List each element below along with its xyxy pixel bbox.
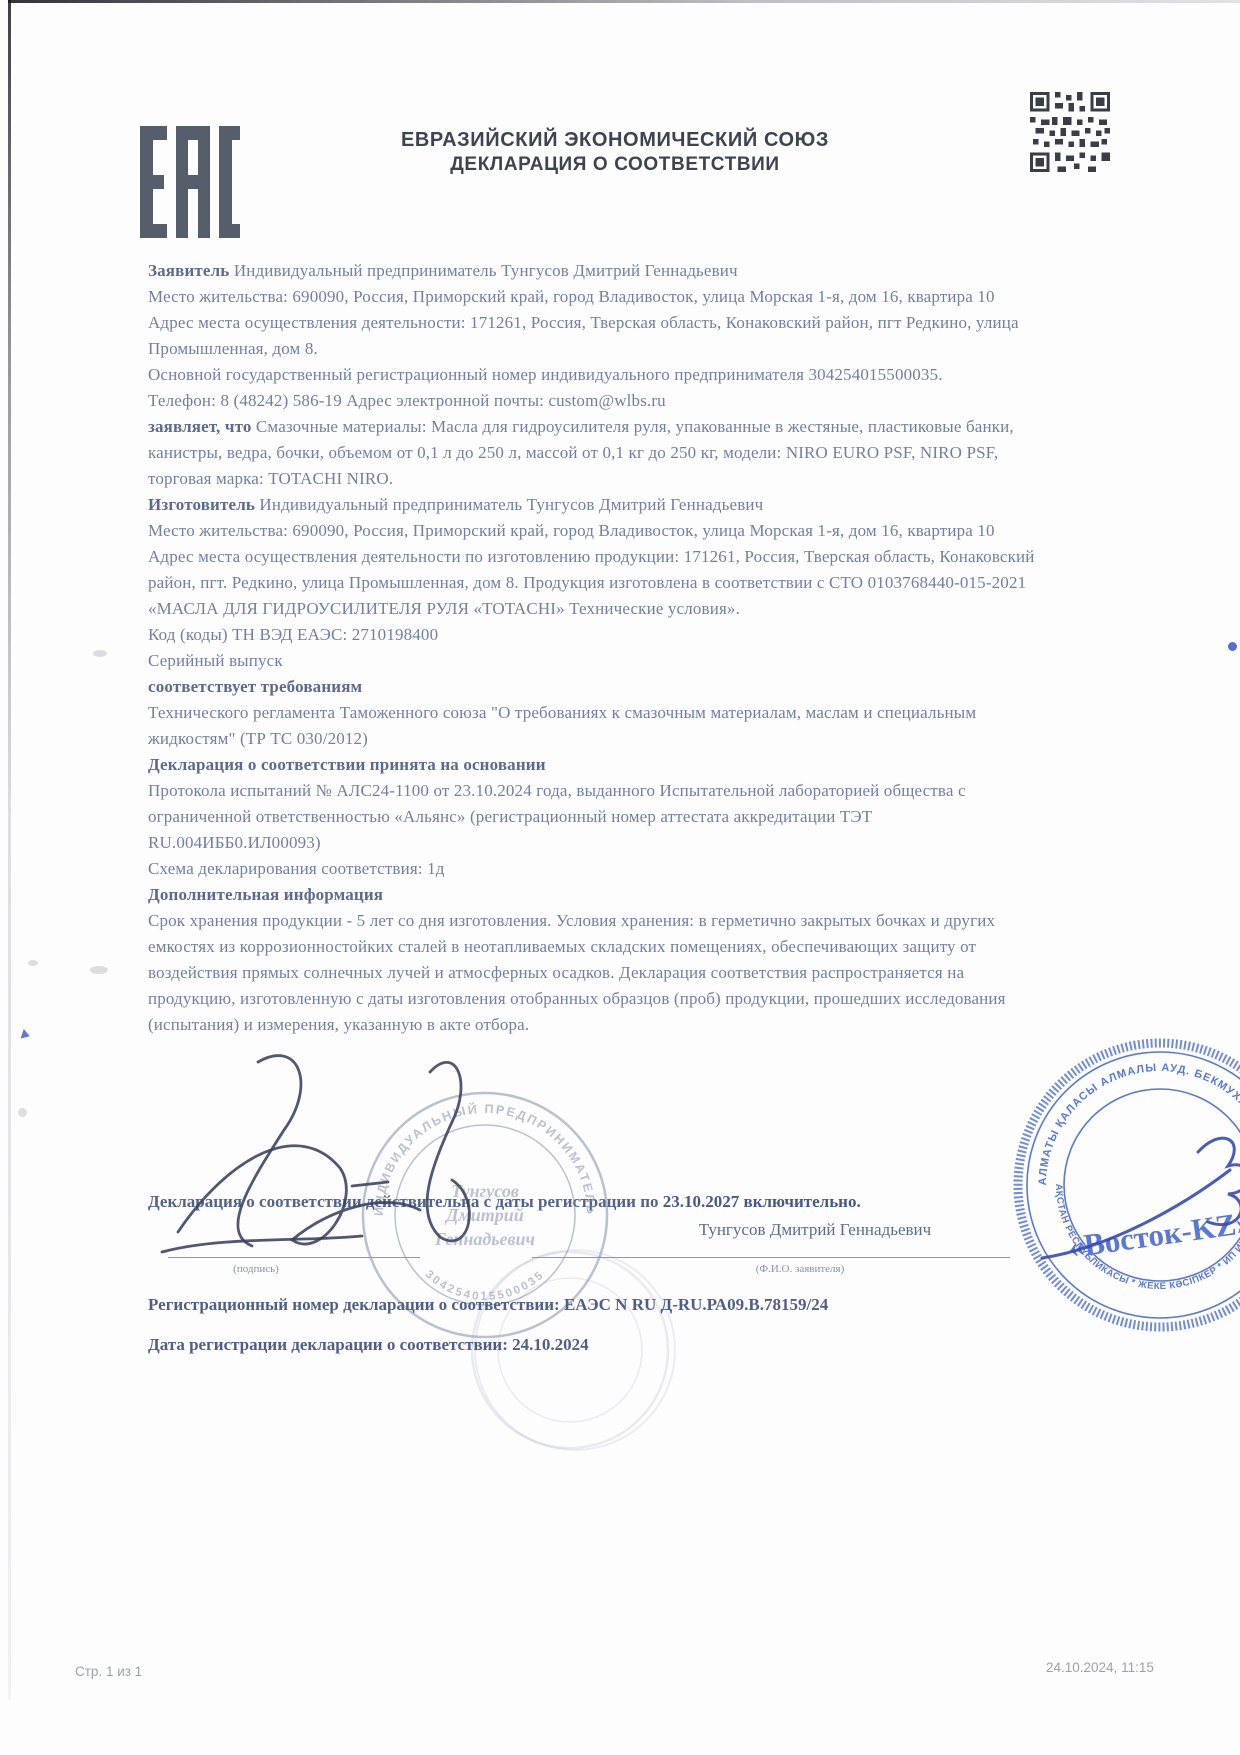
registration-date-label: Дата регистрации декларации о соответств… (148, 1335, 512, 1354)
field-text: Телефон: 8 (48242) 586-19 Адрес электрон… (148, 391, 666, 410)
stamp-center-name3: Геннадьевич (434, 1229, 535, 1249)
title-line1: ЕВРАЗИЙСКИЙ ЭКОНОМИЧЕСКИЙ СОЮЗ (290, 128, 940, 153)
field-text: Адрес места осуществления деятельности: … (148, 313, 1019, 358)
field-text: Схема декларирования соответствия: 1д (148, 859, 445, 878)
scan-smudge (90, 966, 108, 974)
field-text: Адрес места осуществления деятельности п… (148, 547, 1035, 618)
field-label: Декларация о соответствии принята на осн… (148, 755, 546, 774)
eac-logo-icon (140, 126, 240, 243)
field-text: Протокола испытаний № АЛС24-1100 от 23.1… (148, 781, 966, 852)
pen-mark-right (1228, 642, 1237, 651)
field-label: соответствует требованиям (148, 677, 362, 696)
registration-number-label: Регистрационный номер декларации о соотв… (148, 1295, 564, 1314)
field-text: Технического регламента Таможенного союз… (148, 703, 976, 748)
field-text: Код (коды) ТН ВЭД ЕАЭС: 2710198400 (148, 625, 438, 644)
vostok-stamp: АЛМАТЫ ҚАЛАСЫ АЛМАЛЫ АУД. БЕКМУХАМЕТОВА … (1010, 1035, 1240, 1335)
paragraph: Адрес места осуществления деятельности: … (148, 310, 1036, 362)
paragraph: Технического регламента Таможенного союз… (148, 700, 1036, 752)
paragraph: Код (коды) ТН ВЭД ЕАЭС: 2710198400 (148, 622, 1036, 648)
paragraph: заявляет, что Смазочные материалы: Масла… (148, 414, 1036, 492)
stamp-center-name1: Тунгусов (451, 1181, 519, 1201)
field-text: Место жительства: 690090, Россия, Примор… (148, 521, 995, 540)
registration-date-line: Дата регистрации декларации о соответств… (148, 1335, 589, 1355)
paragraph: Декларация о соответствии принята на осн… (148, 752, 1036, 778)
validity-date: 23.10.2027 включительно. (663, 1192, 861, 1211)
paragraph: Адрес места осуществления деятельности п… (148, 544, 1036, 622)
paragraph: Схема декларирования соответствия: 1д (148, 856, 1036, 882)
declaration-body: Заявитель Индивидуальный предприниматель… (148, 258, 1036, 1038)
registration-number-value: ЕАЭС N RU Д-RU.РА09.В.78159/24 (564, 1295, 828, 1314)
field-text: Индивидуальный предприниматель Тунгусов … (229, 261, 737, 280)
field-text: Место жительства: 690090, Россия, Примор… (148, 287, 995, 306)
field-text: Серийный выпуск (148, 651, 283, 670)
stamp-center-name2: Дмитрий (444, 1205, 524, 1225)
field-label: заявляет, что (148, 417, 252, 436)
paragraph: Серийный выпуск (148, 648, 1036, 674)
qr-code-icon (1030, 92, 1110, 172)
scanned-declaration-page: ЕВРАЗИЙСКИЙ ЭКОНОМИЧЕСКИЙ СОЮЗ ДЕКЛАРАЦИ… (0, 0, 1240, 1755)
document-title: ЕВРАЗИЙСКИЙ ЭКОНОМИЧЕСКИЙ СОЮЗ ДЕКЛАРАЦИ… (290, 128, 940, 177)
scan-smudge (93, 650, 107, 657)
scan-datetime: 24.10.2024, 11:15 (1046, 1660, 1154, 1675)
signature-caption: (подпись) (196, 1263, 316, 1275)
paragraph: Место жительства: 690090, Россия, Примор… (148, 518, 1036, 544)
scan-smudge (18, 1108, 27, 1117)
paragraph: Дополнительная информация (148, 882, 1036, 908)
page-number: Стр. 1 из 1 (75, 1664, 142, 1679)
paragraph: Протокола испытаний № АЛС24-1100 от 23.1… (148, 778, 1036, 856)
paragraph: Место жительства: 690090, Россия, Примор… (148, 284, 1036, 310)
fio-caption: (Ф.И.О. заявителя) (690, 1263, 910, 1275)
paragraph: Срок хранения продукции - 5 лет со дня и… (148, 908, 1036, 1038)
applicant-name: Тунгусов Дмитрий Геннадьевич (600, 1220, 1030, 1240)
registration-number-line: Регистрационный номер декларации о соотв… (148, 1295, 828, 1315)
pen-mark-left (21, 1029, 32, 1041)
field-text: Смазочные материалы: Масла для гидроусил… (148, 417, 1014, 488)
title-line2: ДЕКЛАРАЦИЯ О СООТВЕТСТВИИ (290, 153, 940, 177)
fio-line (532, 1257, 1010, 1258)
paragraph: соответствует требованиям (148, 674, 1036, 700)
scan-edge-left (8, 0, 11, 1700)
registration-date-value: 24.10.2024 (512, 1335, 589, 1354)
field-text: Основной государственный регистрационный… (148, 365, 943, 384)
field-text: Индивидуальный предприниматель Тунгусов … (255, 495, 763, 514)
field-label: Заявитель (148, 261, 229, 280)
vostok-ring-top: АЛМАТЫ ҚАЛАСЫ АЛМАЛЫ АУД. БЕКМУХАМЕТОВА … (1037, 1062, 1240, 1186)
scan-edge-top (8, 0, 1240, 3)
paragraph: Заявитель Индивидуальный предприниматель… (148, 258, 1036, 284)
paragraph: Изготовитель Индивидуальный предпринимат… (148, 492, 1036, 518)
svg-text:АЛМАТЫ ҚАЛАСЫ АЛМАЛЫ АУД. БЕКМ: АЛМАТЫ ҚАЛАСЫ АЛМАЛЫ АУД. БЕКМУХАМЕТОВА … (1037, 1062, 1240, 1186)
scan-smudge (28, 960, 38, 966)
field-label: Дополнительная информация (148, 885, 383, 904)
field-text: Срок хранения продукции - 5 лет со дня и… (148, 911, 1006, 1034)
field-label: Изготовитель (148, 495, 255, 514)
signature-line (168, 1257, 420, 1258)
paragraph: Телефон: 8 (48242) 586-19 Адрес электрон… (148, 388, 1036, 414)
paragraph: Основной государственный регистрационный… (148, 362, 1036, 388)
vostok-center-text: «Восток-KZ» (1066, 1204, 1240, 1264)
